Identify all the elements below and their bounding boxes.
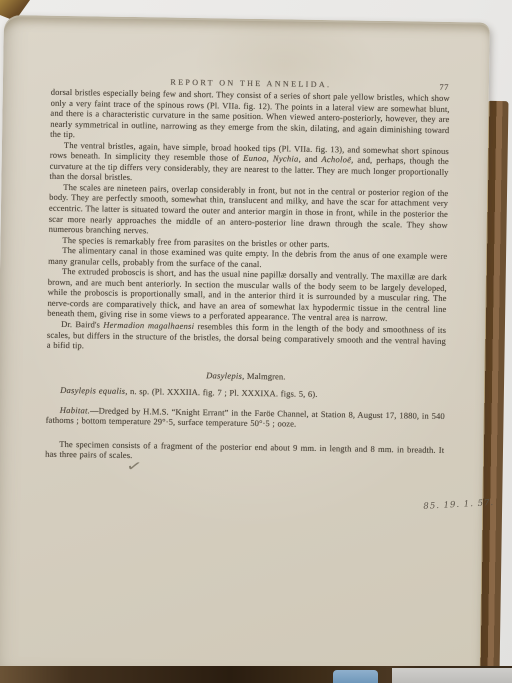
taxon-name: Hermadion magalhaensi — [103, 320, 194, 331]
text-segment: The scales are nineteen pairs, overlap c… — [49, 182, 449, 236]
paragraph-7: Dr. Baird's Hermadion magalhaensi resemb… — [47, 319, 446, 357]
paragraph-6: The extruded proboscis is short, and has… — [47, 266, 447, 325]
photo-of-book-page: REPORT ON THE ANNELIDA. 77 dorsal bristl… — [0, 0, 512, 683]
table-surface — [392, 668, 512, 683]
paragraph-3: The scales are nineteen pairs, overlap c… — [49, 182, 449, 241]
paragraph-9: Dasylepis equalis, n. sp. (Pl. XXXIIA. f… — [46, 385, 445, 402]
taxon-name: Dasylepis — [206, 370, 242, 381]
text-flow: dorsal bristles especially being few and… — [45, 87, 450, 466]
blue-object — [333, 670, 378, 683]
text-segment: —Dredged by H.M.S. “Knight Errant” in th… — [46, 405, 445, 429]
text-segment: The extruded proboscis is short, and has… — [47, 266, 447, 323]
paragraph-1: dorsal bristles especially being few and… — [50, 87, 450, 146]
text-segment: dorsal bristles especially being few and… — [50, 87, 450, 140]
paragraph-8: Dasylepis, Malmgren. — [46, 367, 445, 384]
taxon-name: Dasylepis equalis — [60, 385, 125, 396]
text-segment: , and — [299, 154, 322, 164]
paragraph-10: Habitat.—Dredged by H.M.S. “Knight Erran… — [46, 404, 445, 431]
page-number: 77 — [439, 82, 449, 92]
text-segment: Dr. Baird's — [61, 319, 103, 330]
taxon-name: Nychia — [273, 154, 299, 164]
taxon-name: Habitat. — [60, 405, 90, 415]
taxon-name: Eunoa — [243, 153, 267, 163]
text-segment: , Malmgren. — [242, 370, 286, 381]
pencil-checkmark: ✓ — [125, 456, 143, 476]
text-segment: , n. sp. (Pl. XXXIIA. fig. 7 ; Pl. XXXIX… — [125, 386, 317, 399]
paragraph-11: The specimen consists of a fragment of t… — [45, 439, 444, 466]
book-page: REPORT ON THE ANNELIDA. 77 dorsal bristl… — [0, 15, 490, 675]
paragraph-2: The ventral bristles, again, have simple… — [49, 139, 449, 187]
running-title: REPORT ON THE ANNELIDA. — [170, 78, 331, 90]
text-segment: The specimen consists of a fragment of t… — [45, 439, 444, 461]
taxon-name: Acholoë — [321, 154, 351, 164]
